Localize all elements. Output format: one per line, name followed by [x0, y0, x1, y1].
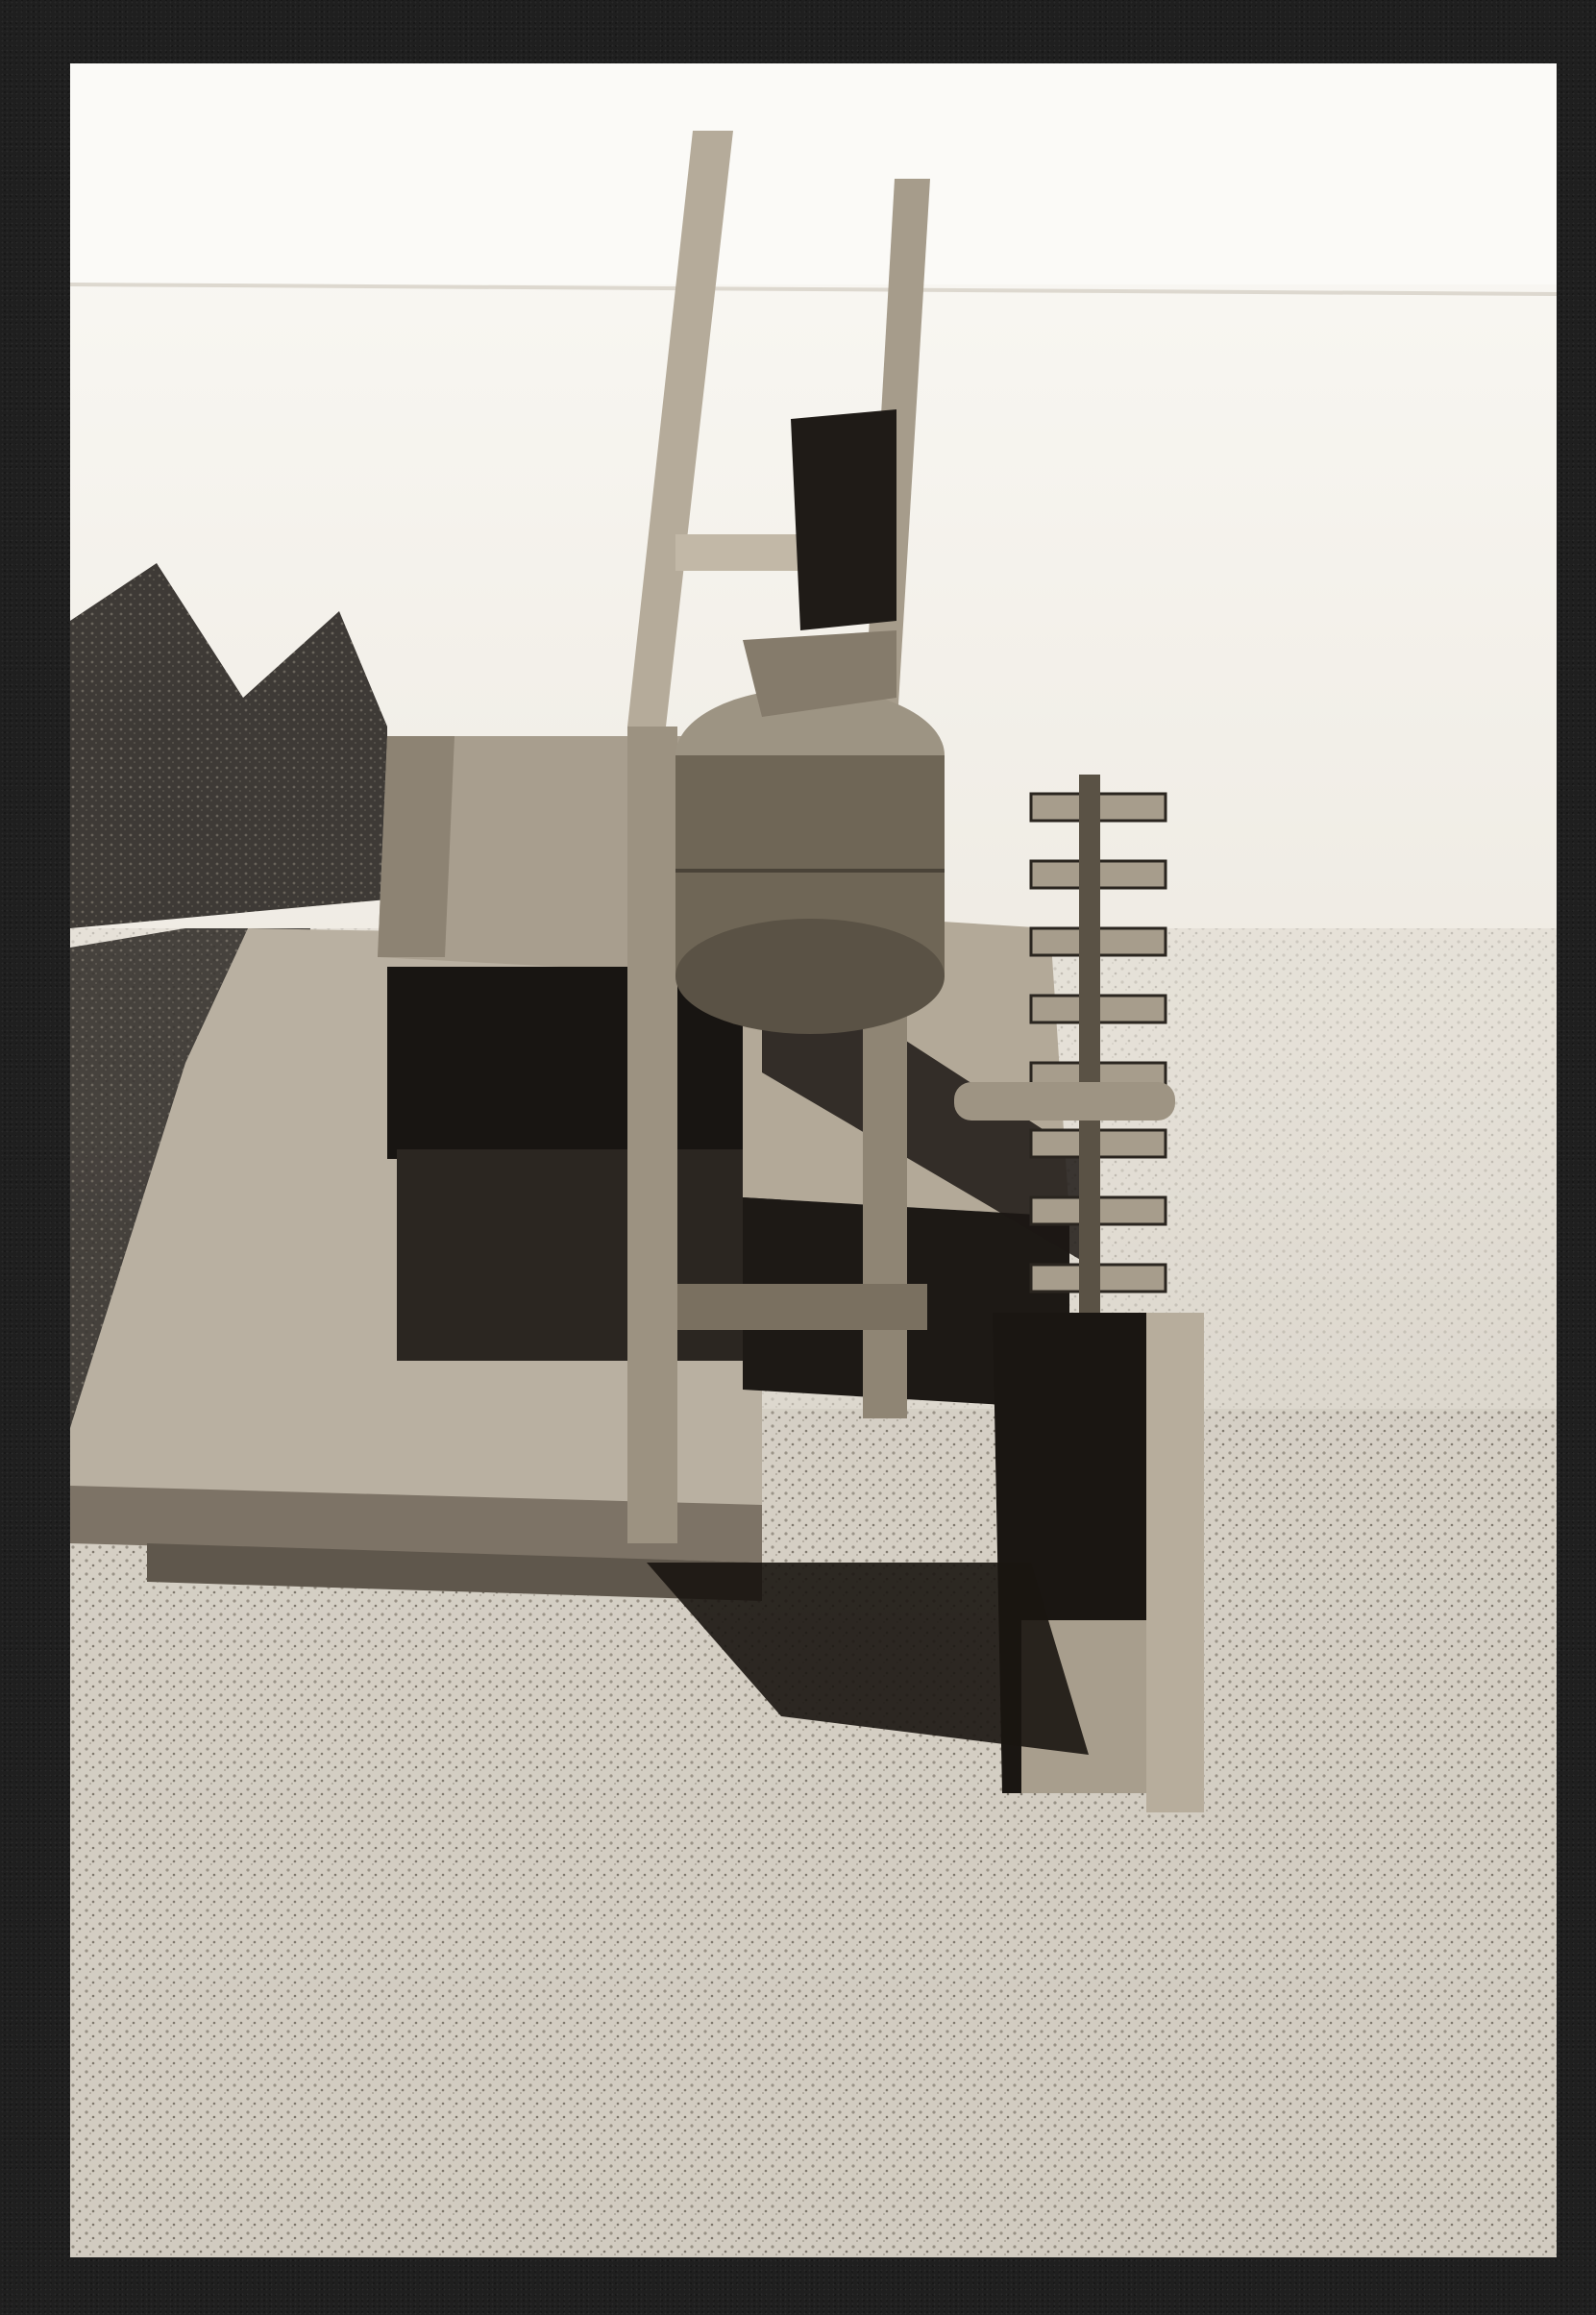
mill-model-scene: [70, 63, 1557, 2257]
photograph: [70, 63, 1557, 2257]
